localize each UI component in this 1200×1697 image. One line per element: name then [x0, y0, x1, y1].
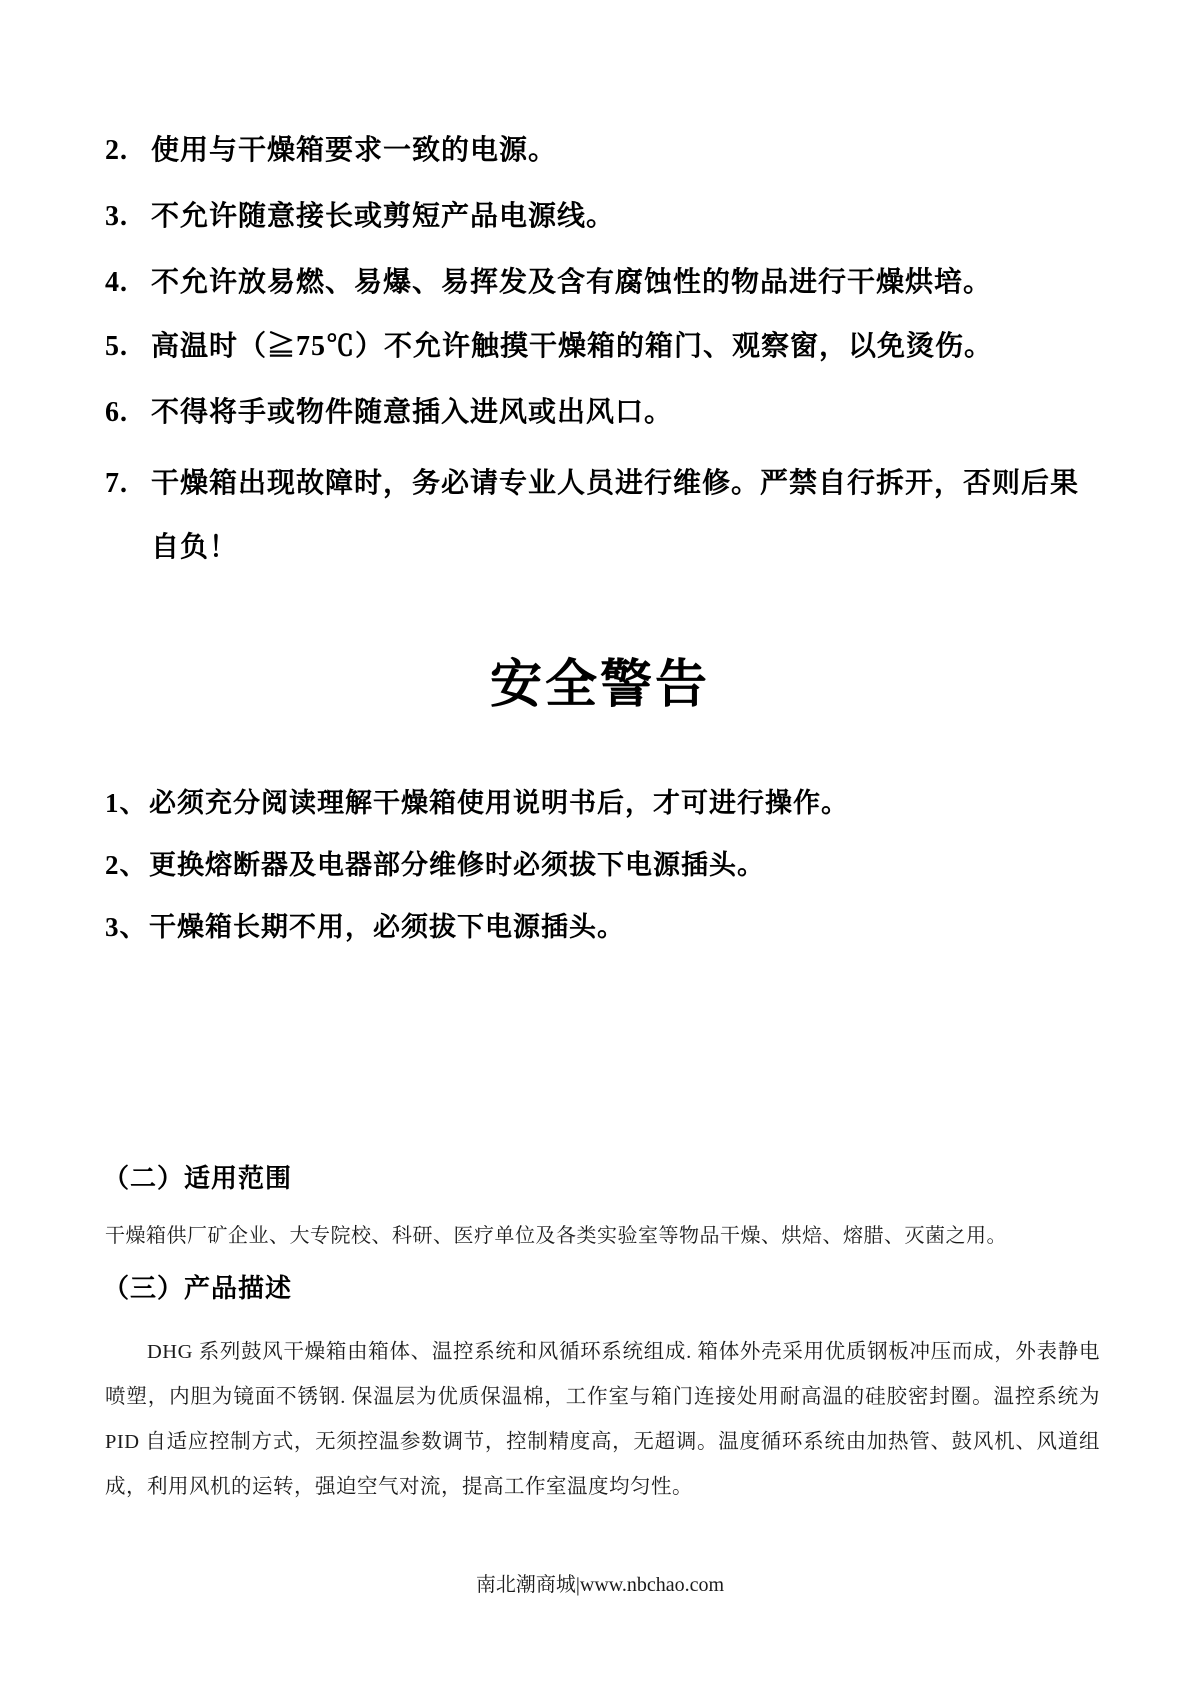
- item-number: 7.: [105, 452, 151, 580]
- precaution-item-6: 6. 不得将手或物件随意插入进风或出风口。: [105, 394, 1105, 431]
- precaution-item-4: 4. 不允许放易燃、易爆、易挥发及含有腐蚀性的物品进行干燥烘培。: [105, 264, 1105, 301]
- item-text: 使用与干燥箱要求一致的电源。: [151, 132, 557, 169]
- item-number: 3.: [105, 198, 151, 235]
- item-text: 不允许随意接长或剪短产品电源线。: [151, 198, 615, 235]
- item-number: 2.: [105, 132, 151, 169]
- page-footer: 南北潮商城|www.nbchao.com: [0, 1568, 1200, 1597]
- section-body-description: DHG 系列鼓风干燥箱由箱体、温控系统和风循环系统组成. 箱体外壳采用优质钢板冲…: [105, 1330, 1100, 1510]
- item-number: 2、: [105, 847, 149, 883]
- warning-item-3: 3、 干燥箱长期不用，必须拔下电源插头。: [105, 909, 1105, 945]
- item-number: 4.: [105, 264, 151, 301]
- item-number: 6.: [105, 394, 151, 431]
- precaution-item-3: 3. 不允许随意接长或剪短产品电源线。: [105, 198, 1105, 235]
- item-text: 干燥箱长期不用，必须拔下电源插头。: [149, 909, 625, 945]
- manual-page: 2. 使用与干燥箱要求一致的电源。 3. 不允许随意接长或剪短产品电源线。 4.…: [0, 0, 1200, 1697]
- item-number: 1、: [105, 785, 149, 821]
- item-text: 更换熔断器及电器部分维修时必须拔下电源插头。: [149, 847, 765, 883]
- item-number: 3、: [105, 909, 149, 945]
- safety-warning-title: 安全警告: [0, 642, 1200, 717]
- item-text: 不得将手或物件随意插入进风或出风口。: [151, 394, 673, 431]
- item-number: 5.: [105, 328, 151, 365]
- section-heading-scope: （二）适用范围: [103, 1158, 1103, 1195]
- precaution-item-7: 7. 干燥箱出现故障时，务必请专业人员进行维修。严禁自行拆开，否则后果自负！: [105, 452, 1105, 580]
- section-body-scope: 干燥箱供厂矿企业、大专院校、科研、医疗单位及各类实验室等物品干燥、烘焙、熔腊、灭…: [105, 1222, 1100, 1250]
- item-text: 不允许放易燃、易爆、易挥发及含有腐蚀性的物品进行干燥烘培。: [151, 264, 992, 301]
- warning-item-2: 2、 更换熔断器及电器部分维修时必须拔下电源插头。: [105, 847, 1105, 883]
- item-text: 必须充分阅读理解干燥箱使用说明书后，才可进行操作。: [149, 785, 849, 821]
- precaution-item-2: 2. 使用与干燥箱要求一致的电源。: [105, 132, 1105, 169]
- section-heading-description: （三）产品描述: [103, 1268, 1103, 1305]
- item-text: 干燥箱出现故障时，务必请专业人员进行维修。严禁自行拆开，否则后果自负！: [151, 452, 1105, 580]
- precaution-item-5: 5. 高温时（≧75℃）不允许触摸干燥箱的箱门、观察窗，以免烫伤。: [105, 328, 1105, 365]
- item-text: 高温时（≧75℃）不允许触摸干燥箱的箱门、观察窗，以免烫伤。: [151, 328, 993, 365]
- warning-item-1: 1、 必须充分阅读理解干燥箱使用说明书后，才可进行操作。: [105, 785, 1105, 821]
